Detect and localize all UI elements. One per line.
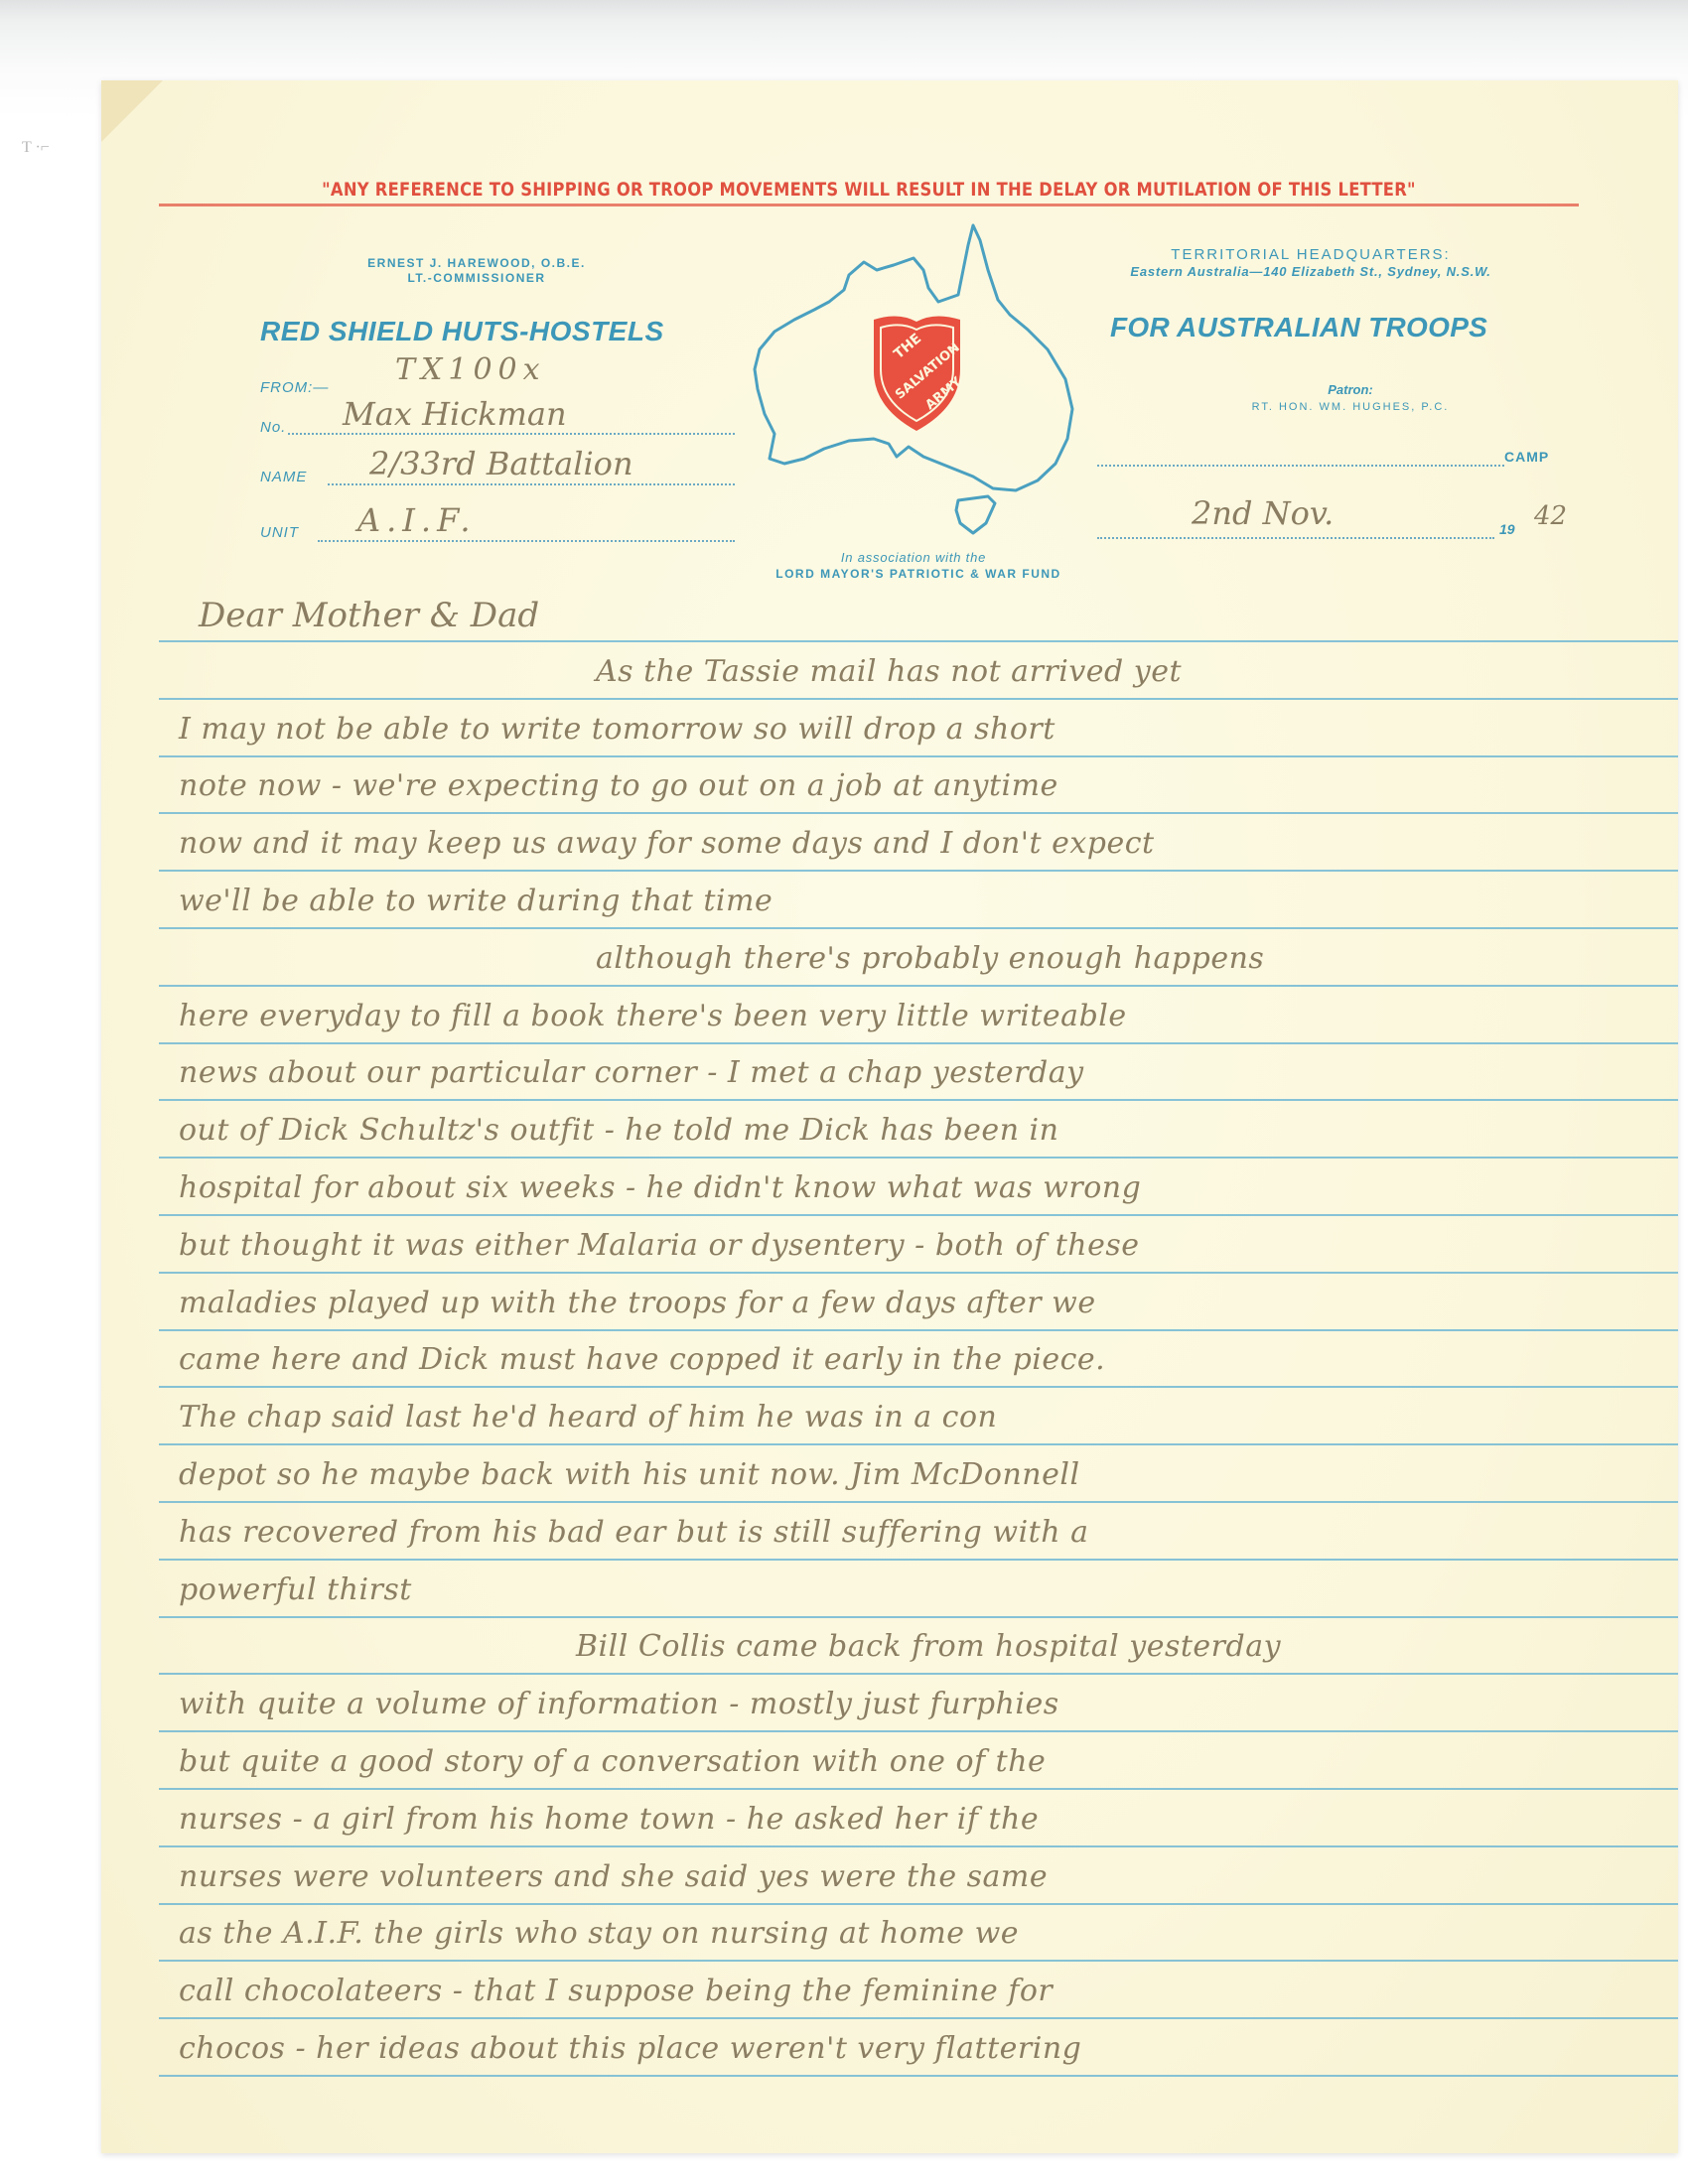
ruled-line <box>159 812 1678 814</box>
ruled-line <box>159 1616 1678 1618</box>
fund-name: LORD MAYOR'S PATRIOTIC & WAR FUND <box>725 567 1112 581</box>
letter-line: depot so he maybe back with his unit now… <box>179 1457 1080 1492</box>
ruled-line <box>159 1788 1678 1790</box>
ruled-line <box>159 1501 1678 1503</box>
ruled-line <box>159 698 1678 700</box>
letter-line: news about our particular corner - I met… <box>179 1055 1084 1090</box>
letter-line: The chap said last he'd heard of him he … <box>179 1400 997 1434</box>
letter-line: nurses were volunteers and she said yes … <box>179 1859 1048 1894</box>
patron-name: RT. HON. WM. HUGHES, P.C. <box>1192 401 1509 413</box>
censorship-warning: "ANY REFERENCE TO SHIPPING OR TROOP MOVE… <box>258 179 1479 201</box>
ruled-line <box>159 755 1678 757</box>
letter-line: nurses - a girl from his home town - he … <box>179 1802 1039 1837</box>
letter-line: but quite a good story of a conversation… <box>179 1744 1046 1779</box>
letter-line: Bill Collis came back from hospital yest… <box>576 1629 1281 1664</box>
ruled-line <box>159 1272 1678 1274</box>
unit-name: A.I.F. <box>357 501 476 539</box>
org-title-left: RED SHIELD HUTS-HOSTELS <box>260 316 664 347</box>
letter-line: although there's probably enough happens <box>596 941 1264 976</box>
year-prefix: 19 <box>1499 521 1515 537</box>
ruled-line <box>159 1730 1678 1732</box>
warning-underline <box>159 204 1579 206</box>
soldier-name: Max Hickman <box>343 395 567 433</box>
officer-name: ERNEST J. HAREWOOD, O.B.E. <box>338 256 616 271</box>
unit-label: UNIT <box>260 524 299 541</box>
no-field-line <box>288 433 735 435</box>
letter-year: 42 <box>1534 501 1567 531</box>
letter-line: chocos - her ideas about this place were… <box>179 2031 1081 2066</box>
letter-line: has recovered from his bad ear but is st… <box>179 1515 1088 1550</box>
letter-line: I may not be able to write tomorrow so w… <box>179 712 1055 747</box>
hq-address: Eastern Australia—140 Elizabeth St., Syd… <box>1092 264 1529 279</box>
ruled-line <box>159 1673 1678 1675</box>
hq-title: TERRITORIAL HEADQUARTERS: <box>1102 246 1519 263</box>
letter-line: powerful thirst <box>179 1572 412 1607</box>
letter-line: here everyday to fill a book there's bee… <box>179 999 1127 1033</box>
camp-field-line <box>1097 465 1504 467</box>
letter-line: out of Dick Schultz's outfit - he told m… <box>179 1113 1058 1148</box>
ruled-line <box>159 1903 1678 1905</box>
letter-line: As the Tassie mail has not arrived yet <box>596 654 1182 689</box>
ruled-line <box>159 1386 1678 1388</box>
ruled-line <box>159 1157 1678 1159</box>
letter-line: note now - we're expecting to go out on … <box>179 768 1058 803</box>
ruled-line <box>159 2017 1678 2019</box>
ruled-line <box>159 1329 1678 1331</box>
folded-corner <box>101 80 163 142</box>
date-field-line <box>1097 537 1494 539</box>
australia-map-icon: THE SALVATION ARMY <box>750 220 1087 548</box>
ruled-line <box>159 985 1678 987</box>
ruled-line <box>159 1960 1678 1962</box>
name-label: NAME <box>260 469 307 485</box>
patron-label: Patron: <box>1291 382 1410 397</box>
letter-line: we'll be able to write during that time <box>179 884 773 918</box>
ruled-line <box>159 1443 1678 1445</box>
letter-line: call chocolateers - that I suppose being… <box>179 1974 1053 2008</box>
name-field-line <box>328 483 735 485</box>
ruled-line <box>159 1559 1678 1561</box>
officer-block: ERNEST J. HAREWOOD, O.B.E. LT.-COMMISSIO… <box>338 256 616 286</box>
org-title-right: FOR AUSTRALIAN TROOPS <box>1110 312 1487 343</box>
ruled-line <box>159 1042 1678 1044</box>
battalion-name: 2/33rd Battalion <box>369 445 633 482</box>
service-number: TX100x <box>395 352 546 387</box>
no-label: No. <box>260 419 286 436</box>
letter-line: hospital for about six weeks - he didn't… <box>179 1170 1141 1205</box>
camp-label: CAMP <box>1504 449 1549 465</box>
association-line: In association with the <box>755 550 1072 565</box>
ruled-line <box>159 927 1678 929</box>
scanner-mark: T ·⌐ <box>22 139 50 157</box>
letter-line: came here and Dick must have copped it e… <box>179 1342 1105 1377</box>
ruled-line <box>159 1214 1678 1216</box>
letter-line: with quite a volume of information - mos… <box>179 1687 1059 1721</box>
ruled-line <box>159 870 1678 872</box>
ruled-line <box>159 2075 1678 2077</box>
ruled-line <box>159 640 1678 642</box>
ruled-line <box>159 1099 1678 1101</box>
salutation: Dear Mother & Dad <box>199 596 539 635</box>
unit-field-line <box>318 540 735 542</box>
letter-line: but thought it was either Malaria or dys… <box>179 1228 1140 1263</box>
letter-line: now and it may keep us away for some day… <box>179 826 1155 861</box>
officer-title: LT.-COMMISSIONER <box>338 271 616 286</box>
letter-line: maladies played up with the troops for a… <box>179 1286 1096 1320</box>
ruled-line <box>159 1845 1678 1847</box>
salvation-army-shield-icon: THE SALVATION ARMY <box>874 316 965 431</box>
letter-line: as the A.I.F. the girls who stay on nurs… <box>179 1916 1019 1951</box>
letter-date: 2nd Nov. <box>1192 494 1334 532</box>
from-label: FROM:— <box>260 379 329 396</box>
